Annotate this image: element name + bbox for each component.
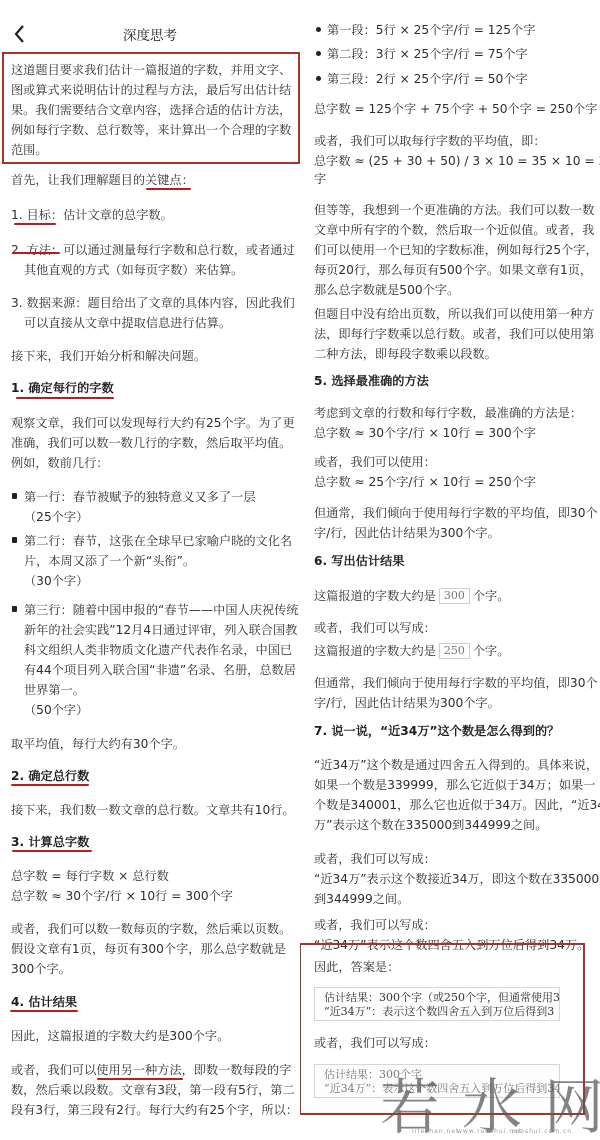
heading-step-3: 3. 计算总字数 <box>11 832 89 852</box>
answer-alt-label: 或者，我们可以写成： <box>314 1033 436 1053</box>
goal-underline <box>14 223 56 225</box>
step1-paragraph: 准确，我们可以数一数几行的字数，然后取平均值。 <box>11 433 291 453</box>
result-250-value: 250 <box>439 643 470 659</box>
left-panel: 深度思考 这道题目要求我们估计一篇报道的字数，并用文字、 图或算式来说明估计的过… <box>0 0 300 1140</box>
bullet-icon <box>316 27 321 32</box>
but-paragraph: 但题目中没有给出页数，所以我们可以使用第一种方 <box>314 304 594 324</box>
watermark-sub: lifezhan.net <box>412 1128 459 1135</box>
result-250-suffix: 个字。 <box>473 644 510 658</box>
step4-paragraph: 因此，这篇报道的字数大约是300个字。 <box>11 1026 229 1046</box>
bullet-icon <box>316 51 321 56</box>
step4-underline <box>10 1010 78 1012</box>
heading-step-4: 4. 估计结果 <box>11 992 77 1012</box>
answer-box-line: “近34万”：表示这个数四舍五入到万位后得到3 <box>324 1005 554 1019</box>
key-points-underline <box>146 188 191 190</box>
step1-paragraph: 例如，数前几行： <box>11 453 109 473</box>
step7-paragraph: 如果一个数是339999，那么它近似于34万；如果一 <box>314 775 595 795</box>
answer-code-box-1: 估计结果：300个字（或250个字，但通常使用3 “近34万”：表示这个数四舍五… <box>314 987 560 1021</box>
wait-paragraph: 那么总字数就是500个字。 <box>314 280 459 300</box>
step7-paragraph: “近34万”这个数是通过四舍五入得到的。具体来说， <box>314 755 598 775</box>
step5-para-b: 总字数 ≈ 25个字/行 × 10行 = 250个字 <box>314 472 536 492</box>
watermark-sub: ruoshui.com.cn <box>512 1128 572 1135</box>
bullet-icon <box>316 76 321 81</box>
heading-step-1: 1. 确定每行的字数 <box>11 378 114 398</box>
step3-underline <box>12 850 92 852</box>
step3-alt-paragraph: 假设文章有1页，每页有300个字，那么总字数就是 <box>11 939 286 959</box>
step6-paragraph: 但通常，我们倾向于使用每行字数的平均值，即30个 <box>314 673 598 693</box>
step5-para-b: 或者，我们可以使用： <box>314 452 436 472</box>
line-sample-3-count: （50个字） <box>24 700 88 720</box>
key-point-goal: 1. 目标：估计文章的总字数。 <box>11 205 173 225</box>
line-sample-3: 世界第一。 <box>24 680 85 700</box>
page-title: 深度思考 <box>0 24 300 44</box>
but-paragraph: 二种方法，即每段字数乘以段数。 <box>314 344 497 364</box>
step1-paragraph: 观察文章，我们可以发现每行大约有25个字。为了更 <box>11 413 295 433</box>
line-sample-3: 科文组织人类非物质文化遗产代表作名录，中国已 <box>24 640 292 660</box>
alt-method-paragraph: 或者，我们可以使用另一种方法，即数一数每段的字 <box>11 1060 291 1080</box>
key-point-source: 3. 数据来源：题目给出了文章的具体内容，因此我们 <box>11 293 295 313</box>
segment-calc-3: 第三段：2行 × 25个字/行 = 50个字 <box>327 69 528 89</box>
intro-line: 果。我们需要结合文章内容，选择合适的估计方法， <box>11 100 291 120</box>
intro-line: 图或算式来说明估计的过程与方法，最后写出估计结 <box>11 80 291 100</box>
step7-paragraph: 个数是340001，那么它也近似于34万。因此，“近34 <box>314 795 600 815</box>
step5-para-c: 但通常，我们倾向于使用每行字数的平均值，即30个 <box>314 503 598 523</box>
segment-calc-2: 第二段：3行 × 25个字/行 = 75个字 <box>327 44 528 64</box>
right-panel: 第一段：5行 × 25个字/行 = 125个字 第二段：3行 × 25个字/行 … <box>300 0 600 1140</box>
intro-line: 例如每行字数、总行数等，来计算出一个合理的字数 <box>11 120 291 140</box>
step7-alt-a: 到344999之间。 <box>314 889 409 909</box>
wait-paragraph: 们可以使用一个已知的字数标准，例如每行25个字， <box>314 240 598 260</box>
answer-label: 因此，答案是： <box>314 957 399 977</box>
alt-method-paragraph: 数，然后乘以段数。文章有3段，第一段有5行，第二 <box>11 1080 295 1100</box>
heading-step-5: 5. 选择最准确的方法 <box>314 371 429 391</box>
but-paragraph: 法，即每行字数乘以总行数。或者，我们可以使用第 <box>314 324 594 344</box>
average-alt: 字 <box>314 169 326 189</box>
average-alt: 或者，我们可以取每行字数的平均值，即： <box>314 131 546 151</box>
average-alt: 总字数 ≈ (25 + 30 + 50) / 3 × 10 = 35 × 10 … <box>314 151 600 171</box>
key-point-method-cont: 其他直观的方式（如每页字数）来估算。 <box>24 260 243 280</box>
intro-line: 这道题目要求我们估计一篇报道的字数，并用文字、 <box>11 60 291 80</box>
line-sample-3: 第三行：随着中国申报的“春节——中国人庆祝传统 <box>24 600 298 620</box>
step2-underline <box>11 784 89 786</box>
bullet-icon <box>12 493 17 499</box>
alt-method-paragraph: 段有3行，第三段有2行。每行大约有25个字，所以： <box>11 1100 298 1120</box>
result-300-value: 300 <box>439 588 470 604</box>
result-300-suffix: 个字。 <box>473 589 510 603</box>
key-point-method: 2. 方法：可以通过测量每行字数和总行数，或者通过 <box>11 240 295 260</box>
line-sample-1-count: （25个字） <box>24 507 88 527</box>
line-sample-1: 第一行：春节被赋予的独特意义又多了一层 <box>24 487 256 507</box>
method-underline <box>12 252 60 254</box>
step5-para-c: 字/行，因此估计结果为300个字。 <box>314 523 500 543</box>
result-300-prefix: 这篇报道的字数大约是 <box>314 589 436 603</box>
line-sample-3: 有44个项目列入联合国“非遗”名录、名册，总数居 <box>24 660 296 680</box>
heading-step-6: 6. 写出估计结果 <box>314 551 404 571</box>
wait-paragraph: 文章中所有字的个数，然后取一个近似值。或者，我 <box>314 220 594 240</box>
step1-underline <box>16 397 114 399</box>
heading-step-2: 2. 确定总行数 <box>11 766 89 786</box>
answer-box-line: 估计结果：300个字（或250个字，但通常使用3 <box>324 991 560 1005</box>
step3-alt-paragraph: 或者，我们可以数一数每页的字数，然后乘以页数。 <box>11 919 291 939</box>
wait-paragraph: 但等等，我想到一个更准确的方法。我们可以数一数 <box>314 200 594 220</box>
line-sample-2: 第二行：春节，这张在全球早已家喻户晓的文化名 <box>24 531 292 551</box>
result-300: 这篇报道的字数大约是300个字。 <box>314 586 509 606</box>
transition-text: 接下来，我们开始分析和解决问题。 <box>11 346 206 366</box>
step7-alt-a: 或者，我们可以写成： <box>314 849 436 869</box>
step3-alt-paragraph: 300个字。 <box>11 959 71 979</box>
step5-para-a: 总字数 ≈ 30个字/行 × 10行 = 300个字 <box>314 423 536 443</box>
step5-para-a: 考虑到文章的行数和每行字数，最准确的方法是： <box>314 403 582 423</box>
formula-line: 总字数 = 每行字数 × 总行数 <box>11 866 169 886</box>
key-point-source-cont: 可以直接从文章中提取信息进行估算。 <box>24 313 231 333</box>
key-points-intro: 首先，让我们理解题目的关键点： <box>11 170 194 190</box>
intro-line: 范围。 <box>11 140 48 160</box>
bullet-icon <box>12 537 17 543</box>
step7-alt-b: 或者，我们可以写成： <box>314 915 436 935</box>
result-250: 这篇报道的字数大约是250个字。 <box>314 641 509 661</box>
average-text: 取平均值，每行大约有30个字。 <box>11 734 185 754</box>
result-250-prefix: 这篇报道的字数大约是 <box>314 644 436 658</box>
heading-step-7: 7. 说一说，“近34万”这个数是怎么得到的？ <box>314 721 559 741</box>
line-sample-2: 片，本周又添了一个新“头衔”。 <box>24 551 195 571</box>
step2-paragraph: 接下来，我们数一数文章的总行数。文章共有10行。 <box>11 800 295 820</box>
wait-paragraph: 每页20行，那么每页有500个字。如果文章有1页， <box>314 260 592 280</box>
step6-paragraph: 字/行，因此估计结果为300个字。 <box>314 693 500 713</box>
step7-alt-a: “近34万”表示这个数接近34万，即这个数在335000 <box>314 869 599 889</box>
result-alt-label: 或者，我们可以写成： <box>314 618 436 638</box>
line-sample-2-count: （30个字） <box>24 571 88 591</box>
formula-line: 总字数 ≈ 30个字/行 × 10行 = 300个字 <box>11 886 233 906</box>
bullet-icon <box>12 606 17 612</box>
line-sample-3: 新年的社会实践”12月4日通过评审，列入联合国教 <box>24 620 297 640</box>
segment-calc-1: 第一段：5行 × 25个字/行 = 125个字 <box>327 20 535 40</box>
step7-paragraph: 万”表示这个数在335000到344999之间。 <box>314 815 547 835</box>
segment-sum: 总字数 = 125个字 + 75个字 + 50个字 = 250个字 <box>314 99 597 119</box>
